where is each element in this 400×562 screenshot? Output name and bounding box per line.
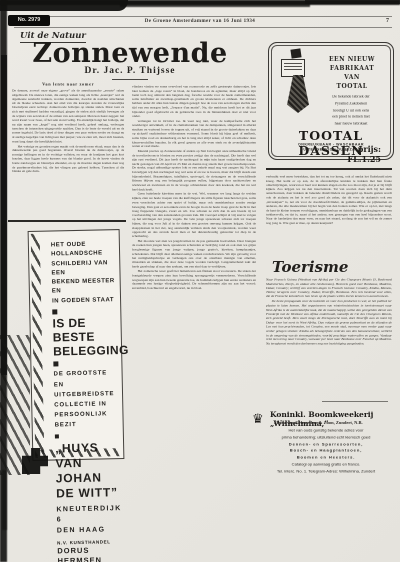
body-paragraph: Het mooiste wel zien we jeugdvormen in d…: [132, 240, 256, 270]
tie-blade: [287, 75, 309, 113]
nursery-line: Het van ouds gunstig bekende adres voor: [267, 428, 386, 434]
section-heading: Van lente naar zomer: [12, 82, 124, 87]
square-bullet-icon: [55, 434, 59, 438]
gallery-address: KNEUTERDIJK 6: [56, 504, 120, 526]
scan-left-lower-streak: [2, 470, 7, 530]
tootal-ad: EEN NIEUW FABRIKAAT VAN TOOTAL De bekend…: [268, 42, 394, 160]
body-paragraph: Meestal precies op Zonnewende of anders …: [132, 150, 256, 192]
tie-knot: [290, 48, 301, 58]
newspaper-page: No. 2979 De Groene Amsterdammer van 16 J…: [0, 0, 400, 562]
toerisme-column: Naar Fransch Guinea (Westkust van Afrika…: [266, 278, 392, 398]
nursery-product-line: Boomen en Heesters.: [267, 455, 386, 461]
frame-left-hatch: [31, 234, 45, 456]
square-bullet-icon: [52, 309, 57, 314]
ad-tagline: TOOTAL: [317, 82, 387, 91]
ad-copy-line: Pyramid Zakdoeken: [321, 102, 382, 107]
ad-line: DE GROOTSTE EN: [54, 369, 118, 391]
nursery-footer: Tel. interc. No. 1. Telegram-Adres: Wilh…: [267, 469, 386, 475]
product-price: prijs: FL.1.25: [331, 144, 389, 164]
ad-line: SCHILDERIJ VAN EEN: [51, 259, 115, 279]
toerisme-heading: Toerisme: [272, 258, 348, 276]
body-paragraph: verlangen tot in October toe. Ik weet no…: [132, 119, 256, 149]
body-paragraph: vlinders vinden we soms overvloed van ro…: [132, 85, 256, 119]
nursery-footer: Catalogi op aanvraag gratis en franco.: [267, 462, 386, 468]
nursery-ad: ♛ Koninkl. Boomkweekerij „Wilhelmina,” F…: [250, 408, 396, 468]
gallery-name: JOHAN: [56, 470, 120, 486]
ad-tagline: FABRIKAAT: [317, 64, 387, 73]
ad-copy-line: haar nieuw fabrikaat: [321, 122, 382, 127]
ad-line: PERSOONLIJK BEZIT: [54, 409, 118, 431]
nursery-subtitle: Firma van Gebroeders & Zoon, Zundert, N.…: [274, 420, 396, 425]
header-top-rule: [14, 16, 392, 17]
ad-line: BEKEND MEESTER EN: [52, 277, 116, 297]
body-paragraph: verbruikt veel meer betrekken, dan het t…: [266, 175, 392, 226]
masthead: De Groene Amsterdammer van 16 Juni 1934: [80, 19, 320, 24]
ad-line: IN GOEDEN STAAT: [52, 296, 116, 307]
column-3-top: verbruikt veel meer betrekken, dan het t…: [266, 175, 392, 257]
handkerchief-box: [281, 59, 305, 77]
gallery-city: DEN HAAG: [57, 525, 121, 537]
column-1: De dennen, zoowel onze eigene „grove” al…: [12, 89, 124, 217]
tie-illustration-icon: [277, 49, 315, 113]
nursery-title: Koninkl. Boomkweekerij „Wilhelmina,”: [270, 410, 396, 428]
ad-copy-line: een proef te nemen met: [321, 115, 382, 120]
page-number: 7: [386, 18, 389, 24]
scan-top-smudge: [120, 1, 310, 7]
column-2: vlinders vinden we soms overvloed van ro…: [132, 85, 256, 471]
scan-left-hatch-artifact: [0, 335, 30, 475]
body-paragraph: De dennen, zoowel onze eigene „grove” al…: [12, 89, 124, 144]
crown-icon: ♛: [252, 412, 264, 425]
column1-divider-rule: [8, 220, 126, 222]
body-paragraph: Het zomersche weer geeft het buitenleven…: [132, 270, 256, 291]
scan-top-right-smudge: [305, 0, 400, 4]
header-bottom-rule: [14, 27, 392, 28]
body-paragraph: Het weinige en gronden regen maakt ook d…: [12, 145, 124, 175]
ad-tagline: VAN: [317, 73, 387, 82]
ad-tagline: EEN NIEUW: [317, 55, 387, 64]
ad-line: UITGEBREIDSTE: [54, 389, 118, 401]
ad-slogan: BELEGGING: [53, 344, 117, 359]
scan-left-band: [1, 55, 7, 375]
article-title: Zonnewende: [30, 38, 230, 69]
toerisme-end-rule: [322, 401, 388, 402]
byline-rule: [112, 79, 148, 80]
body-paragraph: Geen buitelende kievitten meer in de wei…: [132, 192, 256, 238]
ad-slogan: IS DE BESTE: [52, 316, 117, 345]
article-byline: Dr. Jac. P. Thijsse: [30, 66, 230, 76]
ad-copy-line: noodigt U uit ook eens: [321, 109, 382, 114]
toerisme-paragraph: De beste propaganda voor de koloniën en …: [266, 300, 392, 346]
gallery-name: DE WITT”: [56, 485, 120, 501]
scan-top-left-blob: [0, 0, 128, 11]
nursery-line: prima behandeling; uitsluitend echt kiem…: [267, 435, 386, 441]
issue-number: No. 2979: [8, 15, 50, 26]
firm-name: DORUS HERMSEN: [57, 545, 121, 562]
column3-divider-rule: [266, 168, 392, 170]
nursery-product-line: Dennen- en Sparresoorten,: [267, 442, 386, 448]
nursery-product-line: Bosch- en Haagplantsoen,: [267, 448, 386, 454]
toerisme-paragraph: Naar Fransch Guinea (Westkust van Afrika…: [266, 278, 392, 299]
square-bullet-icon: [53, 362, 58, 367]
art-dealer-ad: HET OUDE HOLLANDSCHE SCHILDERIJ VAN EEN …: [28, 229, 125, 461]
ad-copy-line: De bekende fabriek der: [321, 95, 382, 100]
